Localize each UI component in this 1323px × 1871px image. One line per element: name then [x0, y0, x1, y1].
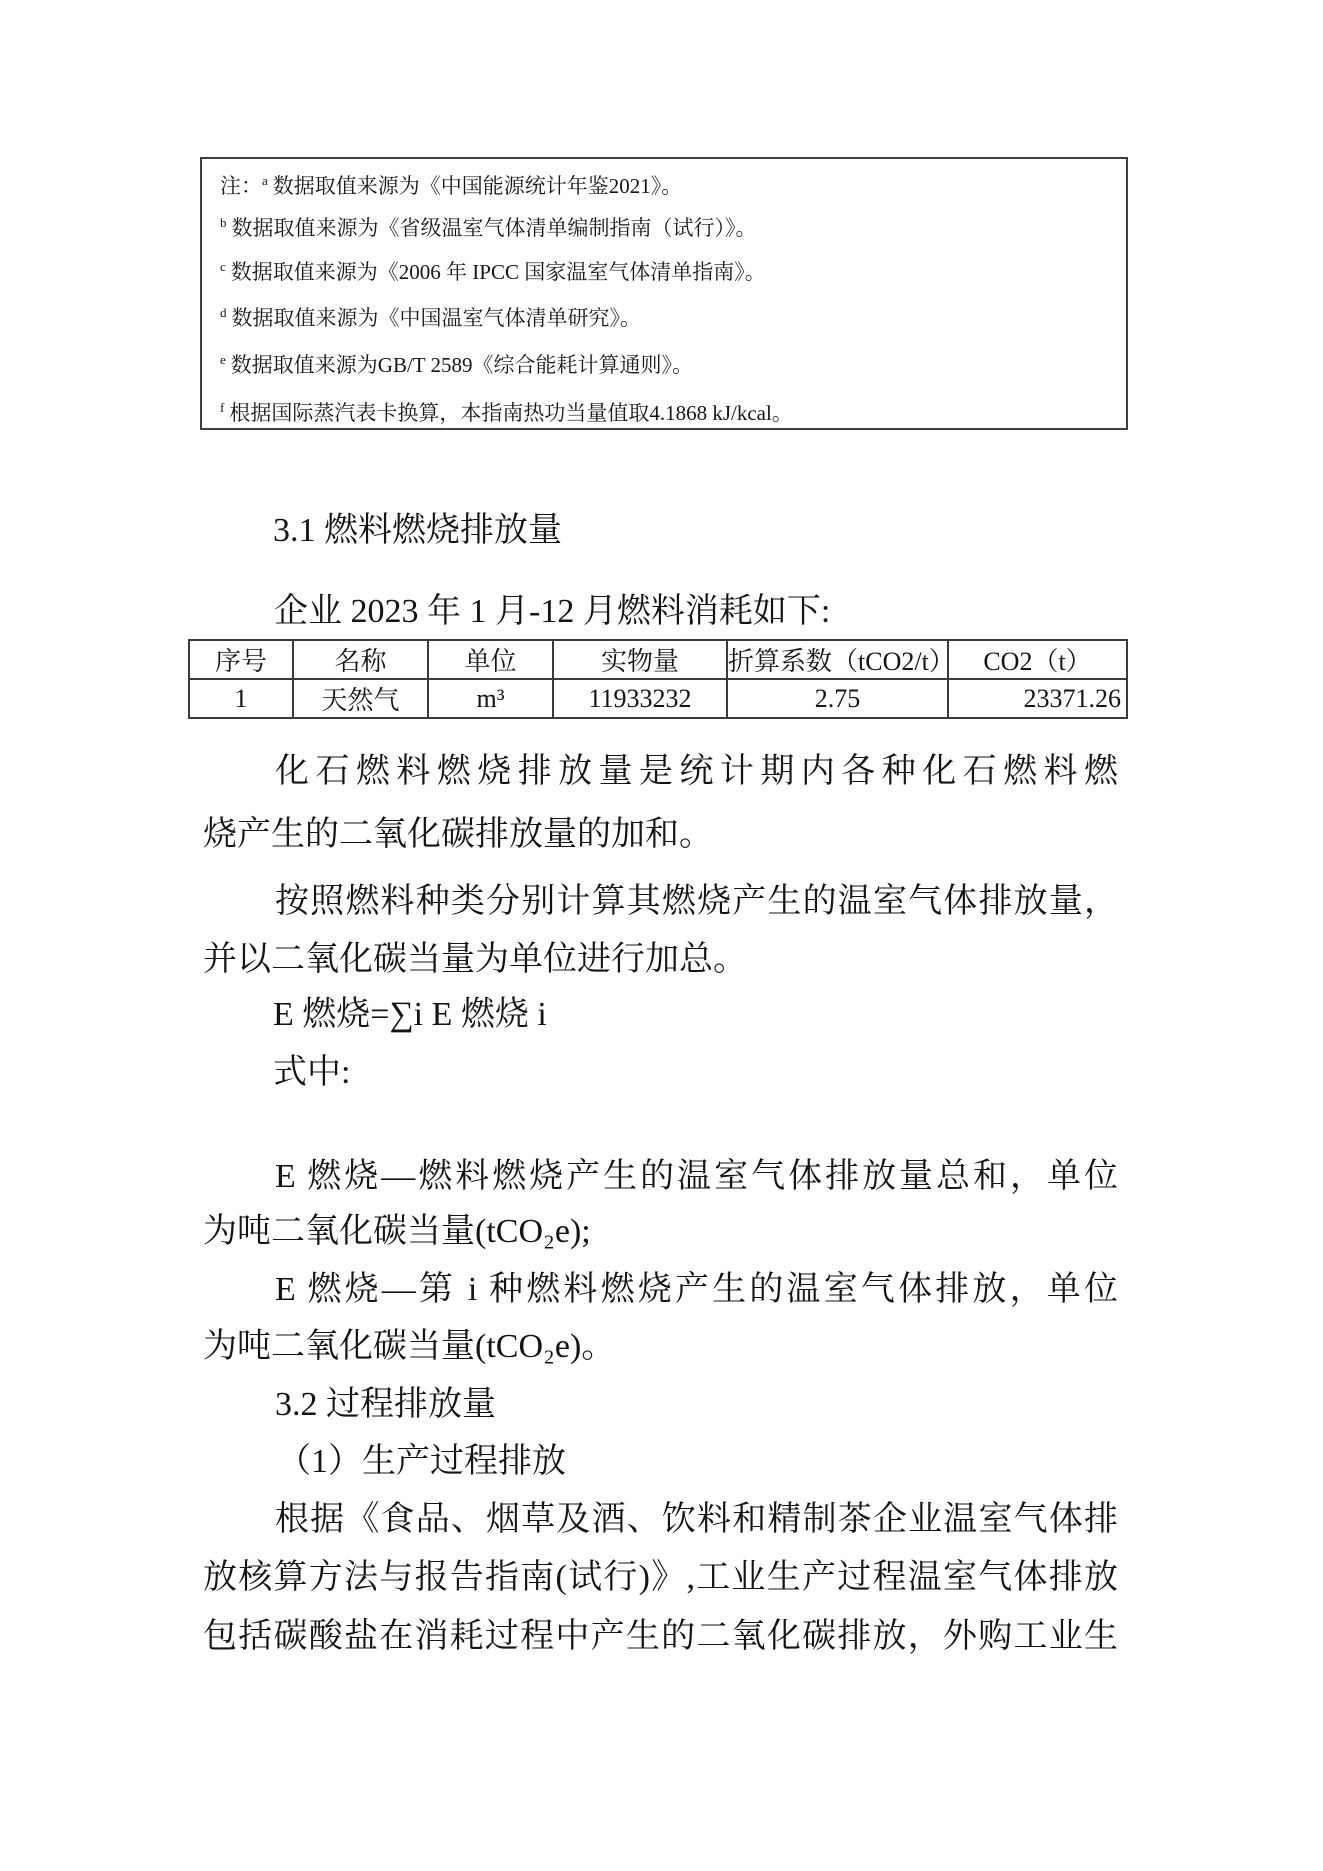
table-header-row: 序号 名称 单位 实物量 折算系数（tCO2/t） CO2（t） [189, 640, 1127, 679]
footnote-text-a: 数据取值来源为《中国能源统计年鉴2021》。 [273, 174, 683, 198]
formula-intro: 式中: [273, 1048, 350, 1098]
footnote-c: c数据取值来源为《2006 年 IPCC 国家温室气体清单指南》。 [220, 257, 766, 287]
cell-quantity: 11933232 [553, 679, 727, 718]
definition-2-line-2: 为吨二氧化碳当量(tCO₂e)。 [203, 1322, 615, 1372]
paragraph-1-line-2: 烧产生的二氧化碳排放量的加和。 [203, 810, 713, 860]
footnote-text-d: 数据取值来源为《中国温室气体清单研究》。 [232, 306, 642, 330]
combustion-formula: E 燃烧=∑i E 燃烧 i [273, 990, 547, 1040]
definition-2-line-1: E 燃烧—第 i 种燃料燃烧产生的温室气体排放，单位 [203, 1265, 1118, 1315]
paragraph-5-line-3: 包括碳酸盐在消耗过程中产生的二氧化碳排放，外购工业生 [203, 1612, 1118, 1662]
col-header-unit: 单位 [428, 640, 553, 679]
col-header-factor: 折算系数（tCO2/t） [727, 640, 948, 679]
section-3-1-heading: 3.1 燃料燃烧排放量 [273, 506, 562, 556]
paragraph-1-line-1: 化石燃料燃烧排放量是统计期内各种化石燃料燃 [203, 747, 1118, 797]
document-page: 注：a数据取值来源为《中国能源统计年鉴2021》。 b数据取值来源为《省级温室气… [0, 0, 1323, 1871]
section-3-1-intro: 企业 2023 年 1 月-12 月燃料消耗如下: [274, 587, 830, 637]
footnote-b: b数据取值来源为《省级温室气体清单编制指南（试行）》。 [220, 213, 757, 243]
cell-index: 1 [189, 679, 293, 718]
footnote-d: d数据取值来源为《中国温室气体清单研究》。 [220, 303, 641, 333]
definition-1-line-1: E 燃烧—燃料燃烧产生的温室气体排放量总和，单位 [203, 1152, 1118, 1202]
footnote-mark-b: b [220, 215, 227, 230]
cell-name: 天然气 [293, 679, 428, 718]
section-3-2-subheading: （1）生产过程排放 [277, 1437, 566, 1487]
paragraph-2-line-2: 并以二氧化碳当量为单位进行加总。 [203, 935, 747, 985]
fuel-consumption-table: 序号 名称 单位 实物量 折算系数（tCO2/t） CO2（t） 1 天然气 m… [188, 639, 1128, 719]
col-header-index: 序号 [189, 640, 293, 679]
footnote-e: e数据取值来源为GB/T 2589《综合能耗计算通则》。 [220, 350, 693, 380]
footnote-mark-c: c [220, 259, 226, 274]
paragraph-2-line-1: 按照燃料种类分别计算其燃烧产生的温室气体排放量， [203, 877, 1118, 927]
col-header-co2: CO2（t） [948, 640, 1127, 679]
section-3-2-heading: 3.2 过程排放量 [275, 1380, 496, 1430]
paragraph-5-line-2: 放核算方法与报告指南(试行)》,工业生产过程温室气体排放 [203, 1553, 1118, 1603]
footnote-mark-d: d [220, 305, 227, 320]
table-row: 1 天然气 m³ 11933232 2.75 23371.26 [189, 679, 1127, 718]
footnote-text-e: 数据取值来源为GB/T 2589《综合能耗计算通则》。 [231, 353, 693, 377]
col-header-quantity: 实物量 [553, 640, 727, 679]
footnote-mark-a: a [262, 173, 268, 188]
definition-1-line-2: 为吨二氧化碳当量(tCO₂e); [203, 1207, 591, 1257]
footnote-prefix: 注： [220, 174, 262, 198]
footnote-text-c: 数据取值来源为《2006 年 IPCC 国家温室气体清单指南》。 [231, 260, 766, 284]
paragraph-5-line-1: 根据《食品、烟草及酒、饮料和精制茶企业温室气体排 [203, 1495, 1118, 1545]
footnote-mark-f: f [220, 400, 224, 415]
col-header-name: 名称 [293, 640, 428, 679]
footnote-mark-e: e [220, 352, 226, 367]
cell-co2: 23371.26 [948, 679, 1127, 718]
footnote-text-b: 数据取值来源为《省级温室气体清单编制指南（试行）》。 [232, 216, 757, 240]
cell-unit: m³ [428, 679, 553, 718]
cell-factor: 2.75 [727, 679, 948, 718]
footnote-a: 注：a数据取值来源为《中国能源统计年鉴2021》。 [220, 171, 682, 201]
footnote-text-f: 根据国际蒸汽表卡换算，本指南热功当量值取4.1868 kJ/kcal。 [229, 401, 792, 425]
footnote-f: f根据国际蒸汽表卡换算，本指南热功当量值取4.1868 kJ/kcal。 [220, 398, 793, 428]
